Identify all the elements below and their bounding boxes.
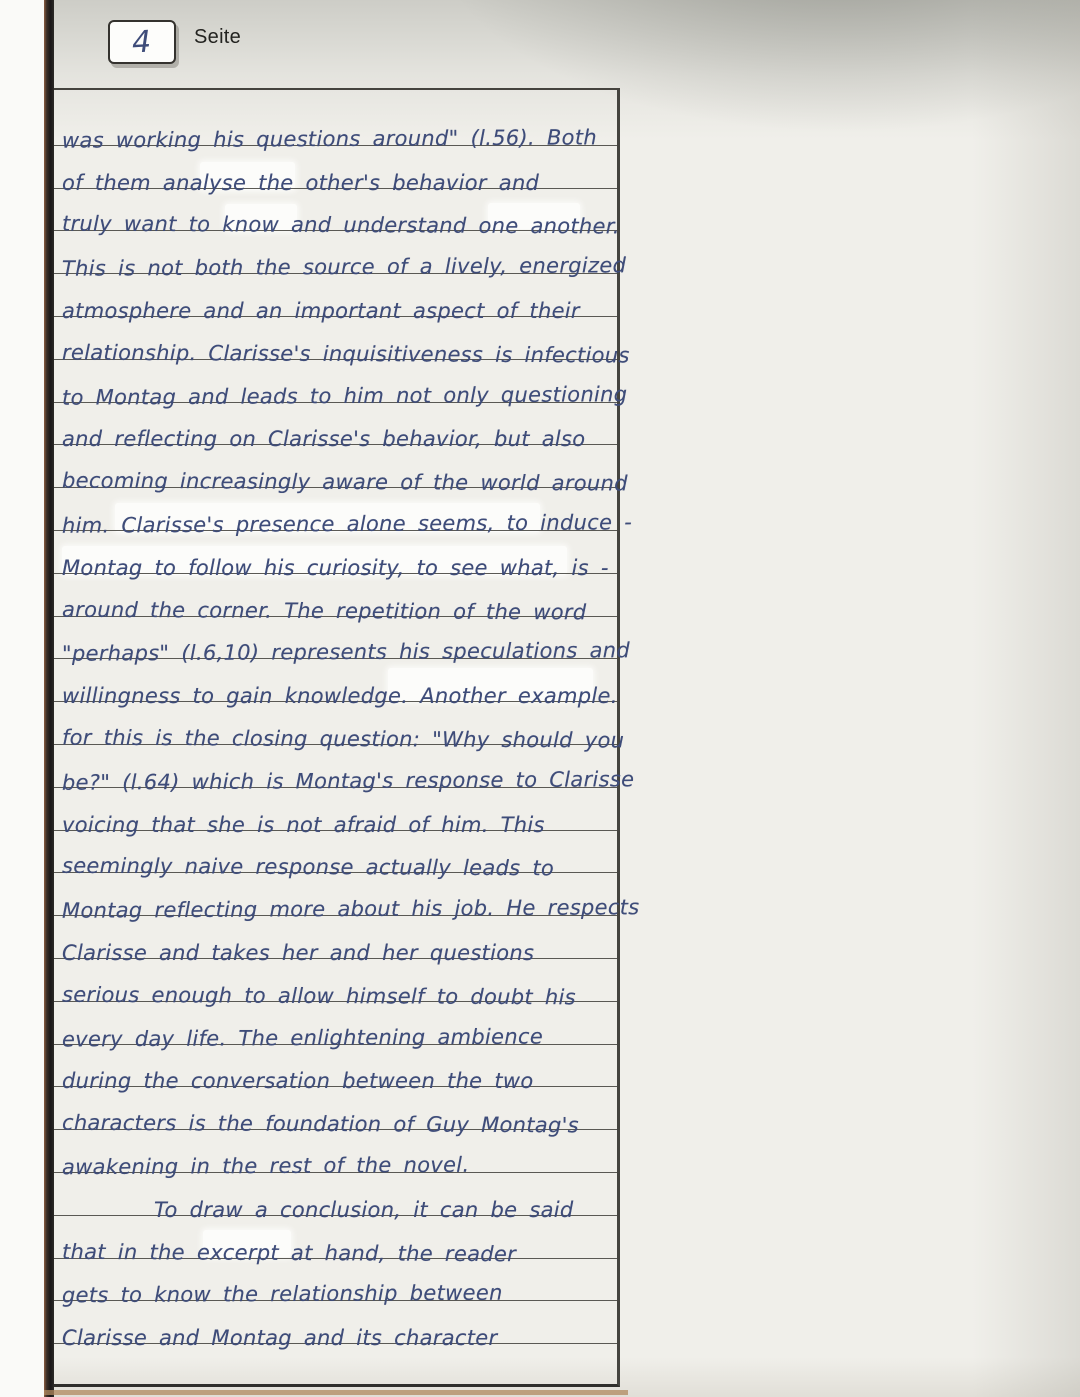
handwritten-line: during the conversation between the two [54, 1045, 617, 1088]
handwritten-line: and reflecting on Clarisse's behavior, b… [54, 403, 617, 446]
ink-text: Clarisse and Montag and its character [62, 1328, 497, 1349]
handwritten-line: Montag to follow his curiosity, to see w… [54, 531, 617, 574]
page-bottom-edge [44, 1390, 628, 1395]
handwritten-line: becoming increasingly aware of the world… [54, 445, 617, 488]
page-number: 4 [132, 24, 153, 60]
handwritten-line: relationship. Clarisse's inquisitiveness… [54, 317, 617, 360]
handwritten-line: be?" (l.64) which is Montag's response t… [54, 745, 617, 788]
page-label: Seite [194, 26, 241, 49]
scanned-page: 4 Seite was working his questions around… [0, 0, 1080, 1397]
handwritten-line: "perhaps" (l.6,10) represents his specul… [54, 617, 617, 660]
handwritten-line: characters is the foundation of Guy Mont… [54, 1087, 617, 1130]
handwritten-line: awakening in the rest of the novel. [54, 1130, 617, 1173]
page-number-box: 4 [108, 20, 176, 64]
scanner-margin [0, 0, 44, 1397]
page-header: 4 Seite [54, 0, 620, 90]
handwritten-line: To draw a conclusion, it can be said [54, 1173, 617, 1216]
handwritten-line: for this is the closing question: "Why s… [54, 702, 617, 745]
handwritten-line: Clarisse and takes her and her questions [54, 916, 617, 959]
handwritten-line: gets to know the relationship between [54, 1259, 617, 1302]
handwritten-line: Montag reflecting more about his job. He… [54, 873, 617, 916]
handwritten-line: every day life. The enlightening ambienc… [54, 1002, 617, 1045]
handwritten-line: that in the excerpt at hand, the reader [54, 1216, 617, 1259]
handwritten-line: willingness to gain knowledge. Another e… [54, 659, 617, 702]
handwritten-line: of them analyse the other's behavior and [54, 146, 617, 189]
handwritten-line: truly want to know and understand one an… [54, 189, 617, 232]
handwritten-line: to Montag and leads to him not only ques… [54, 360, 617, 403]
handwritten-line: seemingly naive response actually leads … [54, 831, 617, 874]
handwritten-line: atmosphere and an important aspect of th… [54, 274, 617, 317]
page-left-border [44, 0, 54, 1397]
handwritten-line: him. Clarisse's presence alone seems, to… [54, 488, 617, 531]
handwritten-line: voicing that she is not afraid of him. T… [54, 788, 617, 831]
writing-area: was working his questions around" (l.56)… [54, 90, 620, 1387]
handwritten-line: This is not both the source of a lively,… [54, 231, 617, 274]
handwritten-line: was working his questions around" (l.56)… [54, 103, 617, 146]
handwritten-line: around the corner. The repetition of the… [54, 574, 617, 617]
handwritten-line: Clarisse and Montag and its character [54, 1301, 617, 1344]
handwritten-line: serious enough to allow himself to doubt… [54, 959, 617, 1002]
